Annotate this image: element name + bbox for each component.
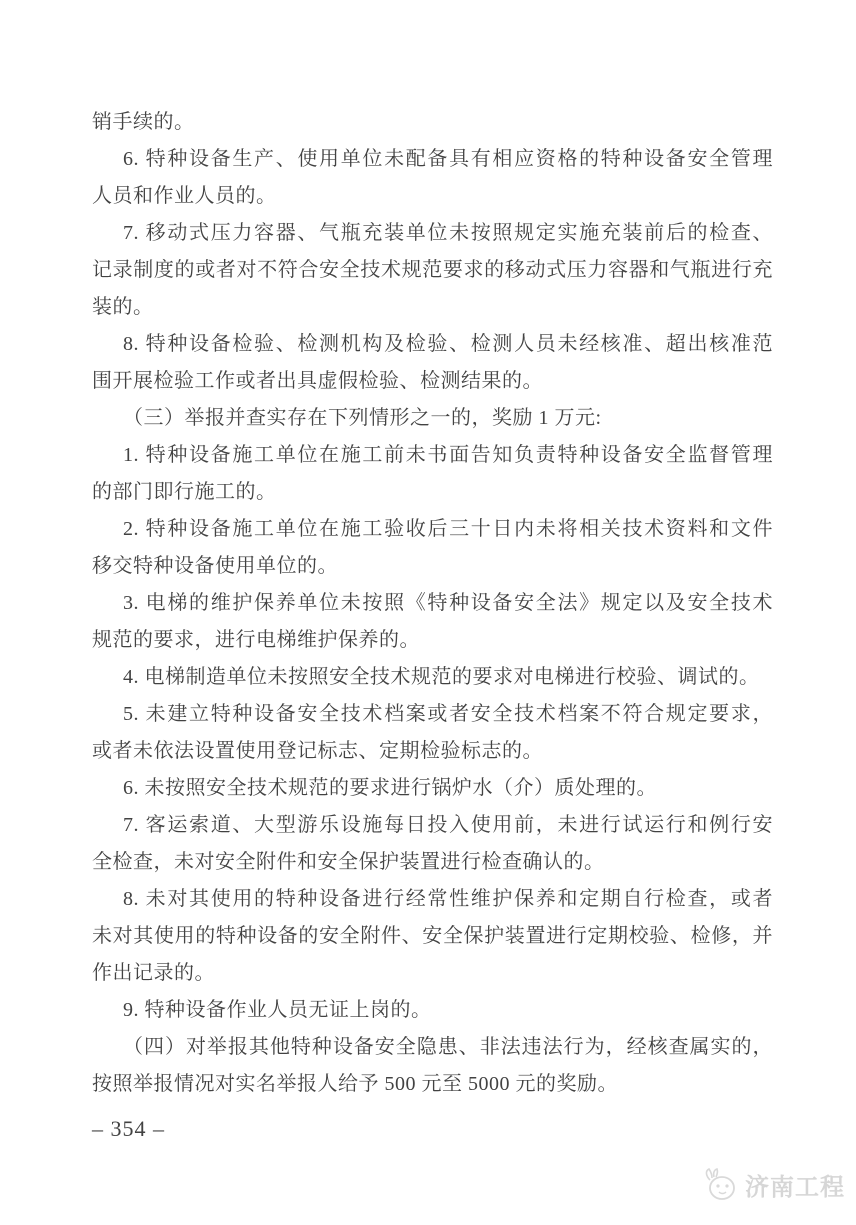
text-line: 5. 未建立特种设备安全技术档案或者安全技术档案不符合规定要求， [92, 696, 773, 733]
page-footer: – 354 – [92, 1116, 165, 1142]
text-line: 的部门即行施工的。 [92, 474, 773, 511]
text-line: 装的。 [92, 289, 773, 326]
watermark: 济南工程 [700, 1166, 845, 1202]
document-page: 销手续的。6. 特种设备生产、使用单位未配备具有相应资格的特种设备安全管理人员和… [0, 0, 856, 1225]
text-line: 移交特种设备使用单位的。 [92, 548, 773, 585]
text-line: 3. 电梯的维护保养单位未按照《特种设备安全法》规定以及安全技术 [92, 585, 773, 622]
text-line: 作出记录的。 [92, 955, 773, 992]
document-text: 销手续的。6. 特种设备生产、使用单位未配备具有相应资格的特种设备安全管理人员和… [92, 104, 773, 1103]
text-line: 围开展检验工作或者出具虚假检验、检测结果的。 [92, 363, 773, 400]
text-line: 规范的要求，进行电梯维护保养的。 [92, 622, 773, 659]
jinan-gongcheng-logo-icon [700, 1166, 740, 1202]
text-line: 人员和作业人员的。 [92, 178, 773, 215]
page-number: – 354 – [92, 1116, 165, 1141]
text-line: 6. 未按照安全技术规范的要求进行锅炉水（介）质处理的。 [92, 770, 773, 807]
text-line: 7. 客运索道、大型游乐设施每日投入使用前，未进行试运行和例行安 [92, 807, 773, 844]
text-line: （三）举报并查实存在下列情形之一的，奖励 1 万元: [92, 400, 773, 437]
text-line: 全检查，未对安全附件和安全保护装置进行检查确认的。 [92, 844, 773, 881]
text-line: 按照举报情况对实名举报人给予 500 元至 5000 元的奖励。 [92, 1066, 773, 1103]
text-line: 记录制度的或者对不符合安全技术规范要求的移动式压力容器和气瓶进行充 [92, 252, 773, 289]
text-line: 9. 特种设备作业人员无证上岗的。 [92, 992, 773, 1029]
text-line: 销手续的。 [92, 104, 773, 141]
text-line: 2. 特种设备施工单位在施工验收后三十日内未将相关技术资料和文件 [92, 511, 773, 548]
text-line: 8. 未对其使用的特种设备进行经常性维护保养和定期自行检查，或者 [92, 881, 773, 918]
text-line: 未对其使用的特种设备的安全附件、安全保护装置进行定期校验、检修，并 [92, 918, 773, 955]
text-line: （四）对举报其他特种设备安全隐患、非法违法行为，经核查属实的， [92, 1029, 773, 1066]
text-line: 1. 特种设备施工单位在施工前未书面告知负责特种设备安全监督管理 [92, 437, 773, 474]
text-line: 4. 电梯制造单位未按照安全技术规范的要求对电梯进行校验、调试的。 [92, 659, 773, 696]
text-line: 7. 移动式压力容器、气瓶充装单位未按照规定实施充装前后的检查、 [92, 215, 773, 252]
text-line: 或者未依法设置使用登记标志、定期检验标志的。 [92, 733, 773, 770]
text-line: 8. 特种设备检验、检测机构及检验、检测人员未经核准、超出核准范 [92, 326, 773, 363]
watermark-text: 济南工程 [745, 1167, 845, 1202]
text-line: 6. 特种设备生产、使用单位未配备具有相应资格的特种设备安全管理 [92, 141, 773, 178]
